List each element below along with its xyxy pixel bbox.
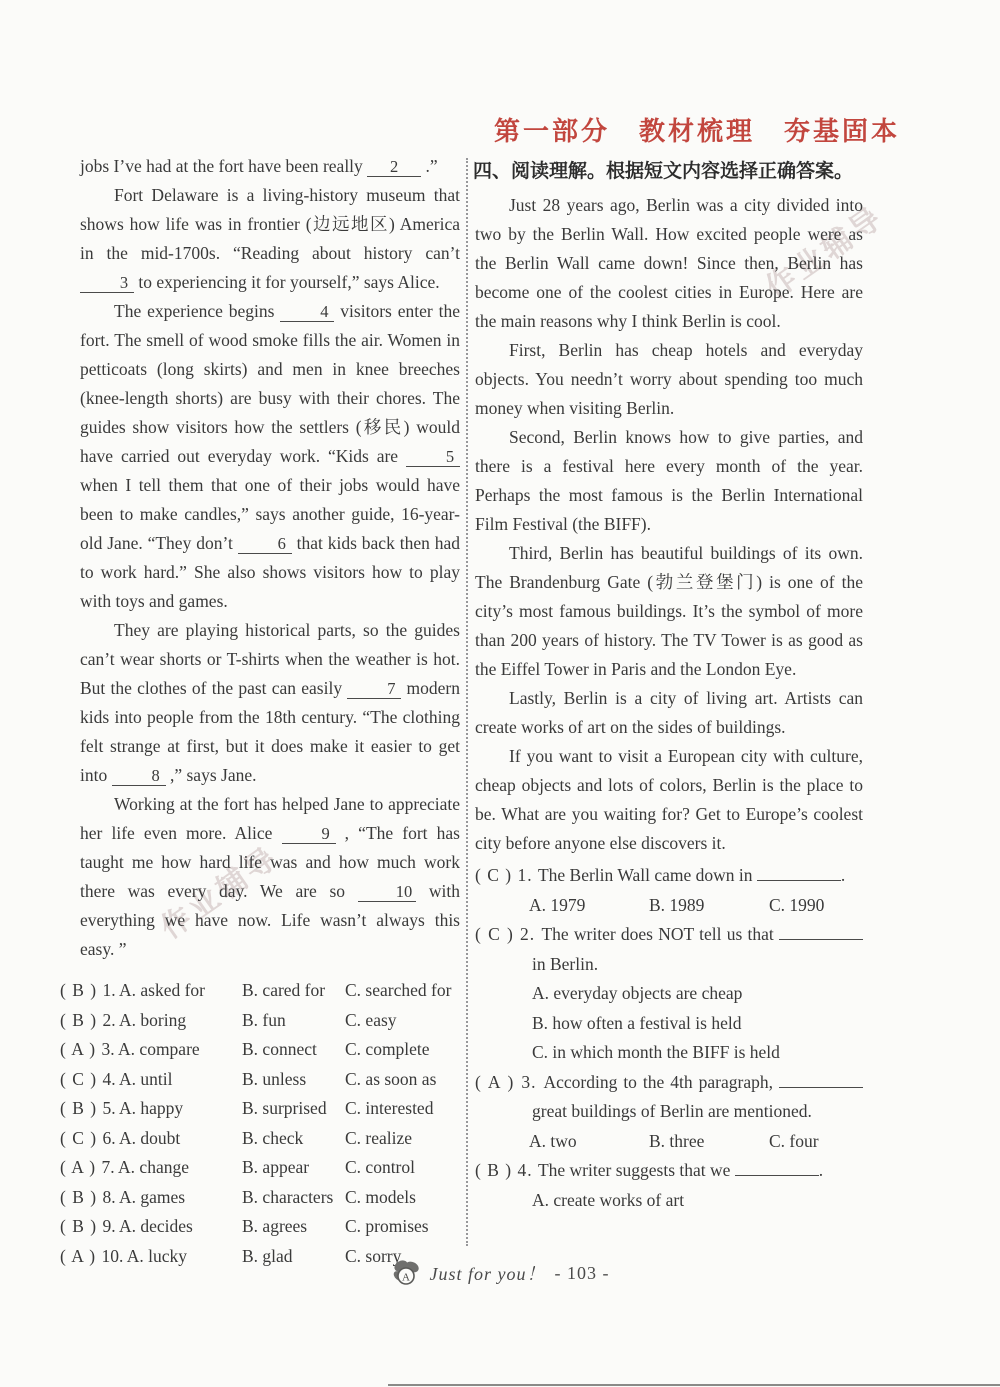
- choice-a: 6. A. doubt: [102, 1128, 180, 1148]
- option-row: ( C ) 6. A. doubtB. checkC. realize: [60, 1124, 460, 1154]
- choice-c: C. complete: [345, 1035, 460, 1065]
- section-title: 四、阅读理解。根据短文内容选择正确答案。: [473, 156, 863, 183]
- answer-letter: ( A ): [60, 1157, 102, 1177]
- choice-c: C. easy: [345, 1006, 460, 1036]
- choice-b: B. agrees: [242, 1212, 345, 1242]
- svg-text:A: A: [402, 1272, 410, 1284]
- passage-text: visitors enter the fort. The smell of wo…: [80, 301, 460, 466]
- answer-letter: ( B ): [60, 1216, 102, 1236]
- passage-paragraph: Just 28 years ago, Berlin was a city div…: [475, 191, 863, 336]
- question-choice: B. 1989: [649, 891, 769, 921]
- option-answer-and-a: ( B ) 1. A. asked for: [60, 976, 242, 1006]
- option-answer-and-a: ( B ) 9. A. decides: [60, 1212, 242, 1242]
- choice-b: B. surprised: [242, 1094, 345, 1124]
- answer-letter: ( A ) 3.: [475, 1072, 543, 1092]
- fill-in-blank: 10: [358, 882, 417, 902]
- question-options-row: A. 1979B. 1989C. 1990: [475, 891, 863, 921]
- option-row: ( B ) 5. A. happyB. surprisedC. interest…: [60, 1094, 460, 1124]
- page-footer: A Just for you！ - 103 -: [0, 1258, 1000, 1288]
- fill-in-blank: [779, 939, 863, 940]
- fill-in-blank: 8: [112, 766, 166, 786]
- choice-c: C. searched for: [345, 976, 460, 1006]
- answer-letter: ( B ) 4.: [475, 1160, 538, 1180]
- option-row: ( A ) 3. A. compareB. connectC. complete: [60, 1035, 460, 1065]
- question-options-row: A. twoB. threeC. four: [475, 1127, 863, 1157]
- option-answer-and-a: ( A ) 7. A. change: [60, 1153, 242, 1183]
- choice-c: C. models: [345, 1183, 460, 1213]
- option-row: ( B ) 9. A. decidesB. agreesC. promises: [60, 1212, 460, 1242]
- passage-text: ,” says Jane.: [166, 765, 257, 785]
- workbook-page: 第一部分 教材梳理 夯基固本 作业辅导 作业辅导 jobs I’ve had a…: [0, 0, 1000, 1387]
- option-answer-and-a: ( B ) 5. A. happy: [60, 1094, 242, 1124]
- option-row: ( B ) 2. A. boringB. funC. easy: [60, 1006, 460, 1036]
- question-choice: C. 1990: [769, 891, 824, 921]
- choice-b: B. fun: [242, 1006, 345, 1036]
- passage-text: .: [841, 865, 845, 885]
- fill-in-blank: [779, 1087, 863, 1088]
- option-answer-and-a: ( B ) 8. A. games: [60, 1183, 242, 1213]
- fill-in-blank: 4: [280, 302, 334, 322]
- choice-c: C. promises: [345, 1212, 460, 1242]
- answer-letter: ( C ): [60, 1128, 102, 1148]
- passage-text: to experiencing it for yourself,” says A…: [134, 272, 440, 292]
- passage-text: Fort Delaware is a living-history museum…: [80, 185, 460, 263]
- choice-a: 2. A. boring: [102, 1010, 186, 1030]
- question-block: ( C ) 1. The Berlin Wall came down in .A…: [475, 861, 863, 920]
- passage-text: .”: [421, 156, 438, 176]
- answer-letter: ( B ): [60, 1010, 102, 1030]
- fill-in-blank: 5: [406, 447, 460, 467]
- choice-b: B. appear: [242, 1153, 345, 1183]
- fill-in-blank: 7: [347, 679, 401, 699]
- question-choice: B. three: [649, 1127, 769, 1157]
- choice-a: 9. A. decides: [102, 1216, 192, 1236]
- footer-page-number: - 103 -: [555, 1263, 610, 1284]
- flower-logo-icon: A: [391, 1258, 421, 1288]
- passage-text: According to the 4th paragraph,: [543, 1072, 779, 1092]
- fill-in-blank: 2: [367, 157, 421, 177]
- choice-a: 1. A. asked for: [102, 980, 205, 1000]
- question-stem: ( B ) 4. The writer suggests that we .: [475, 1156, 863, 1186]
- option-answer-and-a: ( C ) 6. A. doubt: [60, 1124, 242, 1154]
- cloze-paragraph: Fort Delaware is a living-history museum…: [80, 181, 460, 297]
- choice-b: B. check: [242, 1124, 345, 1154]
- cloze-paragraph: They are playing historical parts, so th…: [80, 616, 460, 790]
- footer-brand: Just for you！: [430, 1260, 546, 1286]
- page-bottom-edge: [388, 1384, 1000, 1386]
- option-row: ( B ) 1. A. asked forB. cared forC. sear…: [60, 976, 460, 1006]
- question-block: ( B ) 4. The writer suggests that we .A.…: [475, 1156, 863, 1215]
- right-column: 四、阅读理解。根据短文内容选择正确答案。 Just 28 years ago, …: [475, 156, 863, 1215]
- passage-paragraph: First, Berlin has cheap hotels and every…: [475, 336, 863, 423]
- passage-paragraph: Second, Berlin knows how to give parties…: [475, 423, 863, 539]
- choice-a: 5. A. happy: [102, 1098, 183, 1118]
- option-answer-and-a: ( C ) 4. A. until: [60, 1065, 242, 1095]
- option-row: ( C ) 4. A. untilB. unlessC. as soon as: [60, 1065, 460, 1095]
- answer-letter: ( C ) 2.: [475, 924, 541, 944]
- answer-letter: ( B ): [60, 1098, 102, 1118]
- option-row: ( A ) 7. A. changeB. appearC. control: [60, 1153, 460, 1183]
- question-choice: B. how often a festival is held: [475, 1009, 863, 1039]
- answer-letter: ( B ): [60, 980, 102, 1000]
- answer-letter: ( C ) 1.: [475, 865, 538, 885]
- question-choice: A. 1979: [529, 891, 649, 921]
- passage-text: in Berlin.: [532, 954, 598, 974]
- choice-c: C. realize: [345, 1124, 460, 1154]
- passage-text: The Berlin Wall came down in: [538, 865, 757, 885]
- passage-text: The experience begins: [114, 301, 280, 321]
- choice-a: 8. A. games: [102, 1187, 185, 1207]
- option-answer-and-a: ( B ) 2. A. boring: [60, 1006, 242, 1036]
- question-stem: ( C ) 2. The writer does NOT tell us tha…: [475, 920, 863, 979]
- question-choice: C. in which month the BIFF is held: [475, 1038, 863, 1068]
- choice-c: C. as soon as: [345, 1065, 460, 1095]
- passage-paragraph: Third, Berlin has beautiful buildings of…: [475, 539, 863, 684]
- cloze-options-list: ( B ) 1. A. asked forB. cared forC. sear…: [60, 976, 460, 1271]
- reading-questions: ( C ) 1. The Berlin Wall came down in .A…: [475, 861, 863, 1215]
- fill-in-blank: 9: [282, 824, 336, 844]
- option-row: ( B ) 8. A. gamesB. charactersC. models: [60, 1183, 460, 1213]
- column-divider: [466, 158, 468, 1246]
- choice-b: B. connect: [242, 1035, 345, 1065]
- reading-passage: Just 28 years ago, Berlin was a city div…: [475, 191, 863, 858]
- choice-a: 4. A. until: [102, 1069, 172, 1089]
- page-header-title: 第一部分 教材梳理 夯基固本: [494, 111, 900, 148]
- passage-text: jobs I’ve had at the fort have been real…: [80, 156, 367, 176]
- cloze-passage: jobs I’ve had at the fort have been real…: [80, 152, 460, 964]
- left-column: jobs I’ve had at the fort have been real…: [80, 152, 460, 1271]
- question-choice: A. two: [529, 1127, 649, 1157]
- cloze-paragraph: Working at the fort has helped Jane to a…: [80, 790, 460, 964]
- choice-a: 3. A. compare: [102, 1039, 200, 1059]
- question-stem: ( C ) 1. The Berlin Wall came down in .: [475, 861, 863, 891]
- choice-b: B. unless: [242, 1065, 345, 1095]
- fill-in-blank: [757, 880, 841, 881]
- choice-b: B. cared for: [242, 976, 345, 1006]
- question-choice: A. everyday objects are cheap: [475, 979, 863, 1009]
- fill-in-blank: 6: [238, 534, 292, 554]
- option-answer-and-a: ( A ) 3. A. compare: [60, 1035, 242, 1065]
- question-block: ( A ) 3. According to the 4th paragraph,…: [475, 1068, 863, 1157]
- passage-text: The writer does NOT tell us that: [541, 924, 779, 944]
- cloze-paragraph: The experience begins 4 visitors enter t…: [80, 297, 460, 616]
- choice-c: C. control: [345, 1153, 460, 1183]
- passage-text: The writer suggests that we: [538, 1160, 735, 1180]
- question-choice: A. create works of art: [475, 1186, 863, 1216]
- choice-b: B. characters: [242, 1183, 345, 1213]
- fill-in-blank: [735, 1175, 819, 1176]
- answer-letter: ( B ): [60, 1187, 102, 1207]
- cloze-paragraph: jobs I’ve had at the fort have been real…: [80, 152, 460, 181]
- answer-letter: ( C ): [60, 1069, 102, 1089]
- question-block: ( C ) 2. The writer does NOT tell us tha…: [475, 920, 863, 1068]
- fill-in-blank: 3: [80, 273, 134, 293]
- passage-paragraph: Lastly, Berlin is a city of living art. …: [475, 684, 863, 742]
- choice-a: 7. A. change: [102, 1157, 189, 1177]
- question-choice: C. four: [769, 1127, 819, 1157]
- passage-text: great buildings of Berlin are mentioned.: [532, 1101, 812, 1121]
- answer-letter: ( A ): [60, 1039, 102, 1059]
- passage-text: .: [819, 1160, 823, 1180]
- choice-c: C. interested: [345, 1094, 460, 1124]
- passage-paragraph: If you want to visit a European city wit…: [475, 742, 863, 858]
- question-stem: ( A ) 3. According to the 4th paragraph,…: [475, 1068, 863, 1127]
